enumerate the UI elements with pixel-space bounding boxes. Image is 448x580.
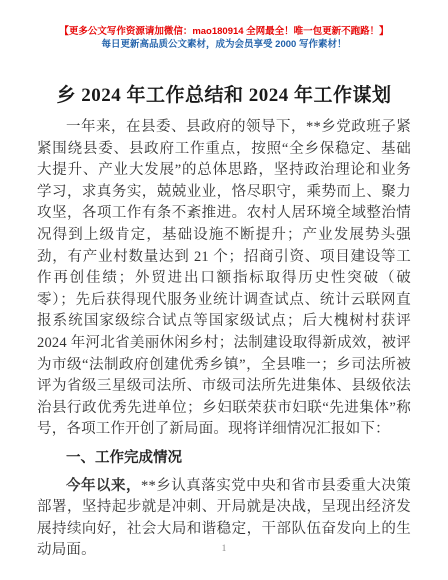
page-number: 1 — [0, 544, 448, 554]
page-title: 乡 2024 年工作总结和 2024 年工作谋划 — [20, 83, 428, 108]
intro-paragraph: 一年来，在县委、县政府的领导下，**乡党政班子紧紧围绕县委、县政府工作重点，按照… — [37, 117, 411, 441]
promo-line-red: 【更多公文写作资源请加微信：mao180914 全网最全！唯一包更新不跑路！】 — [0, 25, 448, 38]
document-page: 【更多公文写作资源请加微信：mao180914 全网最全！唯一包更新不跑路！】 … — [0, 0, 448, 580]
section-heading: 一、工作完成情况 — [37, 448, 411, 470]
document-body: 一年来，在县委、县政府的领导下，**乡党政班子紧紧围绕县委、县政府工作重点，按照… — [37, 117, 411, 562]
promo-header: 【更多公文写作资源请加微信：mao180914 全网最全！唯一包更新不跑路！】 … — [0, 0, 448, 51]
promo-line-blue: 每日更新高品质公文素材，成为会员享受 2000 写作素材！ — [0, 38, 448, 51]
section-paragraph-lead: 今年以来， — [66, 478, 141, 494]
